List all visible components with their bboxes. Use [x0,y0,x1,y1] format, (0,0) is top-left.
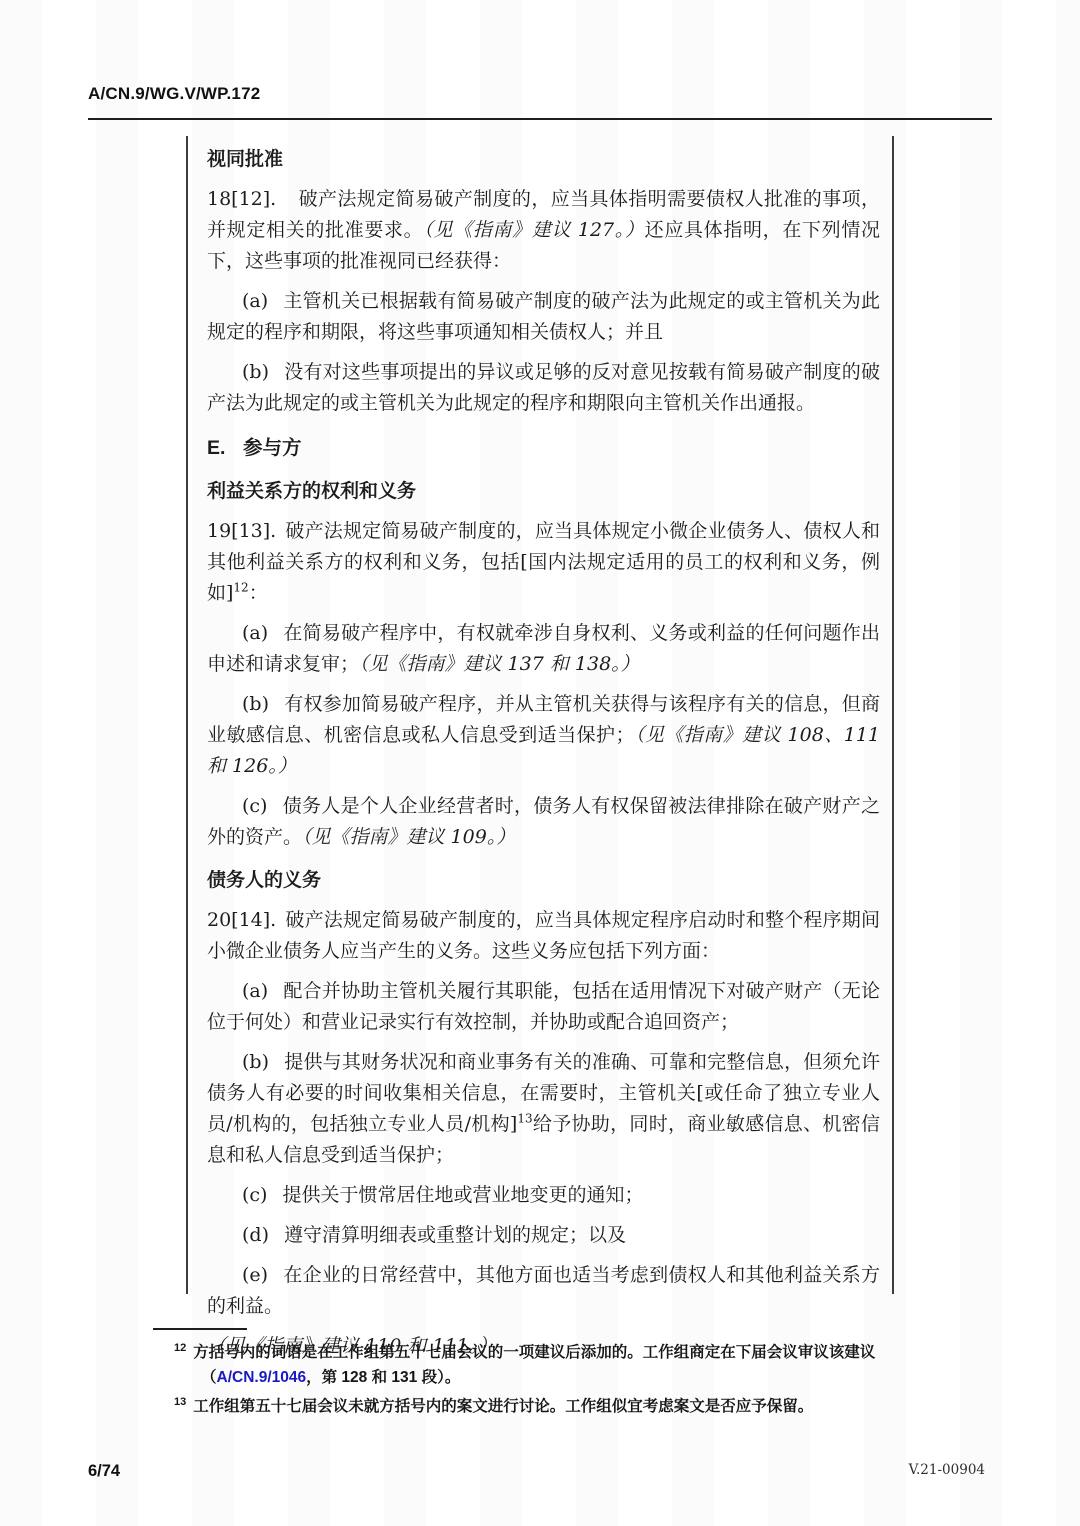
paragraph-18-12: 18[12].破产法规定简易破产制度的，应当具体指明需要债权人批准的事项，并规定… [207,184,880,277]
document-id: V.21-00904 [909,1462,985,1478]
footnote-marker: 13 [174,1396,186,1408]
subparagraph-label: (c) [242,1184,267,1206]
paragraph-text: 主管机关已根据载有简易破产制度的破产法为此规定的或主管机关为此规定的程序和期限，… [207,290,880,343]
subparagraph-label: (d) [242,1224,269,1246]
subparagraph-label: (e) [242,1264,268,1286]
subparagraph-a: (a)配合并协助主管机关履行其职能，包括在适用情况下对破产财产（无论位于何处）和… [207,976,880,1038]
subparagraph-b: (b)提供与其财务状况和商业事务有关的准确、可靠和完整信息，但须允许债务人有必要… [207,1047,880,1171]
document-symbol: A/CN.9/WG.V/WP.172 [88,84,260,104]
guide-reference: （见《指南》建议 137 和 138。） [359,653,640,675]
heading-rights-obligations: 利益关系方的权利和义务 [207,476,880,507]
subparagraph-label: (b) [242,693,269,715]
footnote-marker: 12 [174,1342,186,1354]
footnote-text: ，第 128 和 131 段）。 [306,1369,460,1386]
paragraph-text: ： [249,582,268,604]
paragraph-text: 没有对这些事项提出的异议或足够的反对意见按载有简易破产制度的破产法为此规定的或主… [207,361,880,414]
paragraph-number: 18[12]. [207,188,276,210]
heading-deemed-approval: 视同批准 [207,144,880,175]
paragraph-text: 提供关于惯常居住地或营业地变更的通知； [282,1184,643,1206]
main-text-block: 视同批准 18[12].破产法规定简易破产制度的，应当具体指明需要债权人批准的事… [186,136,894,1294]
footnotes-section: 12方括号内的词语是在工作组第五十七届会议的一项建议后添加的。工作组商定在下届会… [147,1328,909,1423]
paragraph-text: 破产法规定简易破产制度的，应当具体规定小微企业债务人、债权人和其他利益关系方的权… [207,520,880,604]
subparagraph-a: (a)在简易破产程序中，有权就牵涉自身权利、义务或利益的任何问题作出申述和请求复… [207,618,880,680]
footnote-ref-12: 12 [233,581,248,595]
header-rule [88,118,992,120]
subparagraph-a: (a)主管机关已根据载有简易破产制度的破产法为此规定的或主管机关为此规定的程序和… [207,286,880,348]
document-link[interactable]: A/CN.9/1046 [217,1369,307,1386]
subparagraph-label: (b) [242,1051,269,1073]
guide-reference: （见《指南》建议 127。） [423,219,644,241]
subparagraph-b: (b)没有对这些事项提出的异议或足够的反对意见按载有简易破产制度的破产法为此规定… [207,357,880,419]
subparagraph-label: (a) [242,622,268,644]
subparagraph-b: (b)有权参加简易破产程序，并从主管机关获得与该程序有关的信息，但商业敏感信息、… [207,689,880,782]
paragraph-19-13: 19[13].破产法规定简易破产制度的，应当具体规定小微企业债务人、债权人和其他… [207,516,880,609]
subparagraph-label: (a) [242,290,268,312]
subparagraph-label: (b) [242,361,269,383]
footnote-12: 12方括号内的词语是在工作组第五十七届会议的一项建议后添加的。工作组商定在下届会… [147,1340,909,1390]
subparagraph-label: (c) [242,795,267,817]
paragraph-text: 破产法规定简易破产制度的，应当具体规定程序启动时和整个程序期间小微企业债务人应当… [207,909,880,962]
paragraph-text: 遵守清算明细表或重整计划的规定；以及 [284,1224,626,1246]
heading-debtor-obligations: 债务人的义务 [207,865,880,896]
subparagraph-c: (c)提供关于惯常居住地或营业地变更的通知； [207,1180,880,1211]
paragraph-20-14: 20[14].破产法规定简易破产制度的，应当具体规定程序启动时和整个程序期间小微… [207,905,880,967]
section-letter: E. [207,433,243,464]
paragraph-number: 19[13]. [207,520,276,542]
paragraph-text: 配合并协助主管机关履行其职能，包括在适用情况下对破产财产（无论位于何处）和营业记… [207,980,880,1033]
section-title: 参与方 [243,437,302,459]
page-number: 6/74 [88,1462,120,1481]
subparagraph-e: (e)在企业的日常经营中，其他方面也适当考虑到债权人和其他利益关系方的利益。 [207,1260,880,1322]
section-heading-participants: E.参与方 [207,433,880,464]
footnote-text: 工作组第五十七届会议未就方括号内的案文进行讨论。工作组似宜考虑案文是否应予保留。 [193,1398,813,1415]
paragraph-number: 20[14]. [207,909,276,931]
subparagraph-d: (d)遵守清算明细表或重整计划的规定；以及 [207,1220,880,1251]
footnote-13: 13工作组第五十七届会议未就方括号内的案文进行讨论。工作组似宜考虑案文是否应予保… [147,1394,909,1419]
subparagraph-label: (a) [242,980,268,1002]
footnote-separator [153,1328,247,1330]
footnote-ref-13: 13 [517,1112,532,1126]
paragraph-text: 在企业的日常经营中，其他方面也适当考虑到债权人和其他利益关系方的利益。 [207,1264,880,1317]
subparagraph-c: (c)债务人是个人企业经营者时，债务人有权保留被法律排除在破产财产之外的资产。（… [207,791,880,853]
guide-reference: （见《指南》建议 109。） [302,826,515,848]
